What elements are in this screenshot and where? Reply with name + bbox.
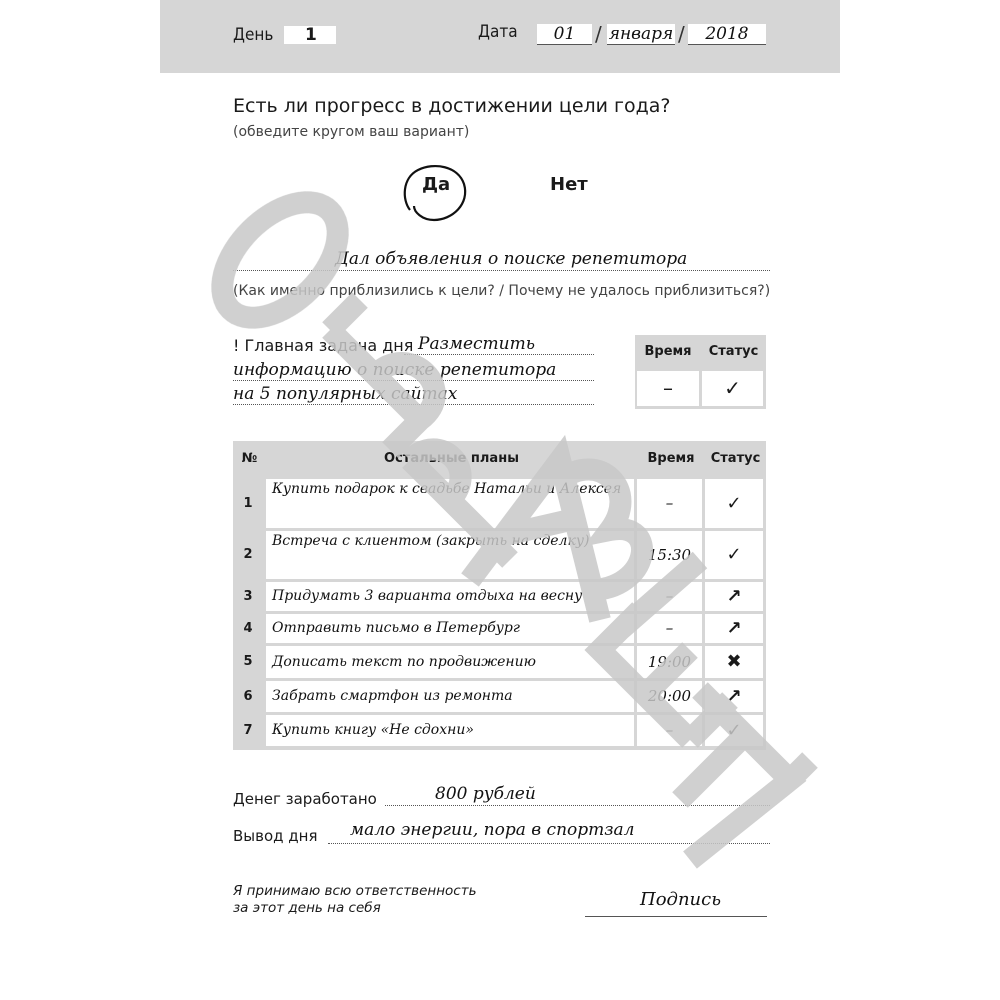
signature-line [585,916,767,917]
money-label: Денег заработано [233,790,377,808]
main-task-table: Время Статус – ✓ [635,335,766,409]
status-done-icon[interactable]: ✓ [705,531,763,579]
table-row: 1Купить подарок к свадьбе Натальи и Алек… [233,479,766,531]
responsibility-statement: Я принимаю всю ответственность за этот д… [233,883,477,917]
row-task[interactable]: Дописать текст по продвижению [266,646,634,678]
diary-page: День 1 Дата 01 / января / 2018 Есть ли п… [160,0,840,1000]
row-task[interactable]: Купить подарок к свадьбе Натальи и Алекс… [266,479,634,528]
date-separator: / [678,22,685,46]
status-header: Статус [705,441,766,477]
main-task-time[interactable]: – [637,371,699,406]
row-number: 5 [233,646,263,678]
row-number: 2 [233,531,263,579]
table-row: 6Забрать смартфон из ремонта20:00↗ [233,681,766,715]
day-label: День [233,25,273,45]
header-bar: День 1 Дата 01 / января / 2018 [160,0,840,73]
main-task-text-line-1[interactable]: Разместить [418,334,535,354]
option-yes[interactable]: Да [422,174,450,195]
row-task[interactable]: Забрать смартфон из ремонта [266,681,634,712]
table-row: 5Дописать текст по продвижению19:00✖ [233,646,766,681]
answer-line [233,270,770,271]
day-number-field[interactable]: 1 [284,26,336,44]
row-time[interactable]: 20:00 [637,681,702,712]
main-task-line [233,380,594,381]
row-time[interactable]: – [637,715,702,746]
row-time[interactable]: 19:00 [637,646,702,678]
main-task-label: ! Главная задача дня [233,336,413,355]
money-value[interactable]: 800 рублей [435,784,536,804]
num-header: № [233,441,266,477]
main-task-line [404,354,594,355]
date-label: Дата [478,22,518,42]
date-year-field[interactable]: 2018 [688,24,766,45]
option-no[interactable]: Нет [550,174,588,195]
status-moved-icon[interactable]: ↗ [705,614,763,643]
row-number: 4 [233,614,263,643]
progress-instruction: (обведите кругом ваш вариант) [233,124,469,140]
money-line [385,805,770,806]
row-time[interactable]: 15:30 [637,531,702,579]
table-row: 7Купить книгу «Не сдохни»–✓ [233,715,766,749]
row-task[interactable]: Встреча с клиентом (закрыть на сделку) [266,531,634,579]
responsibility-line-2: за этот день на себя [233,900,477,917]
progress-question: Есть ли прогресс в достижении цели года? [233,95,671,117]
status-done-icon[interactable]: ✓ [705,479,763,528]
time-header: Время [637,441,705,477]
table-row: 4Отправить письмо в Петербург–↗ [233,614,766,646]
status-moved-icon[interactable]: ↗ [705,681,763,712]
main-task-text-line-2[interactable]: информацию о поиске репетитора [233,360,556,380]
date-separator: / [595,22,602,46]
status-header: Статус [701,335,766,369]
status-moved-icon[interactable]: ↗ [705,582,763,611]
plans-table: № Остальные планы Время Статус 1Купить п… [233,441,766,750]
status-failed-icon[interactable]: ✖ [705,646,763,678]
row-task[interactable]: Купить книгу «Не сдохни» [266,715,634,746]
row-time[interactable]: – [637,582,702,611]
row-time[interactable]: – [637,614,702,643]
row-number: 7 [233,715,263,746]
row-number: 3 [233,582,263,611]
progress-answer[interactable]: Дал объявления о поиске репетитора [335,249,687,269]
progress-hint: (Как именно приблизились к цели? / Почем… [233,283,770,299]
conclusion-label: Вывод дня [233,827,318,845]
row-number: 6 [233,681,263,712]
main-task-text-line-3[interactable]: на 5 популярных сайтах [233,384,457,404]
task-header: Остальные планы [266,441,637,477]
responsibility-line-1: Я принимаю всю ответственность [233,883,477,900]
time-header: Время [635,335,701,369]
main-task-status-check-icon[interactable]: ✓ [702,371,763,406]
date-day-field[interactable]: 01 [537,24,592,45]
row-task[interactable]: Придумать 3 варианта отдыха на весну [266,582,634,611]
status-done-icon[interactable]: ✓ [705,715,763,746]
row-task[interactable]: Отправить письмо в Петербург [266,614,634,643]
date-month-field[interactable]: января [607,24,675,45]
main-task-line [233,404,594,405]
table-row: 2Встреча с клиентом (закрыть на сделку)1… [233,531,766,582]
table-row: 3Придумать 3 варианта отдыха на весну–↗ [233,582,766,614]
signature[interactable]: Подпись [640,889,721,910]
row-number: 1 [233,479,263,528]
row-time[interactable]: – [637,479,702,528]
conclusion-value[interactable]: мало энергии, пора в спортзал [350,820,635,840]
conclusion-line [328,843,770,844]
